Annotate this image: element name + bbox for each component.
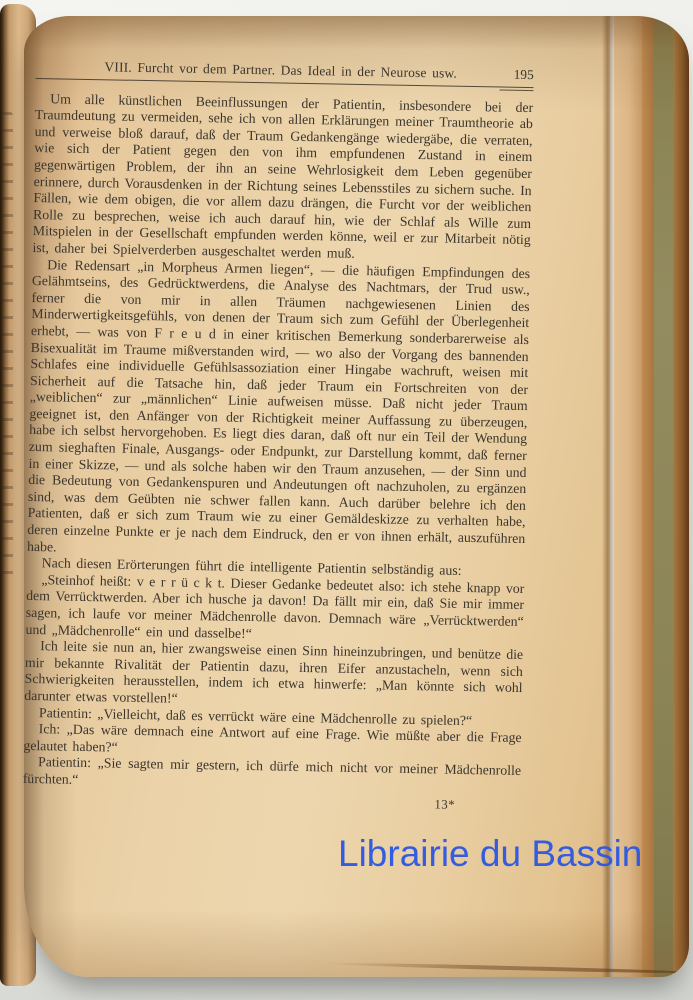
page-text: VIII. Furcht vor dem Partner. Das Ideal … — [22, 58, 534, 814]
page-number: 195 — [514, 67, 534, 84]
page-block-edge — [642, 16, 654, 977]
bookseller-watermark: Librairie du Bassin — [338, 833, 642, 875]
paragraph: „Steinhof heißt: v e r r ü c k t. Dieser… — [25, 572, 524, 647]
book-photo: VIII. Furcht vor dem Partner. Das Ideal … — [0, 0, 693, 1000]
facing-page-text-fragments — [2, 112, 13, 582]
paragraph: Ich leite sie nun an, hier zwangsweise e… — [24, 638, 523, 713]
book-cover-board — [673, 16, 689, 977]
paragraph: Die Redensart „in Morpheus Armen liegen“… — [27, 256, 530, 564]
book-cover-cloth — [654, 16, 673, 977]
paragraph: Um alle künstlichen Beeinflussungen der … — [32, 91, 533, 266]
body-text: Um alle künstlichen Beeinflussungen der … — [23, 91, 534, 797]
